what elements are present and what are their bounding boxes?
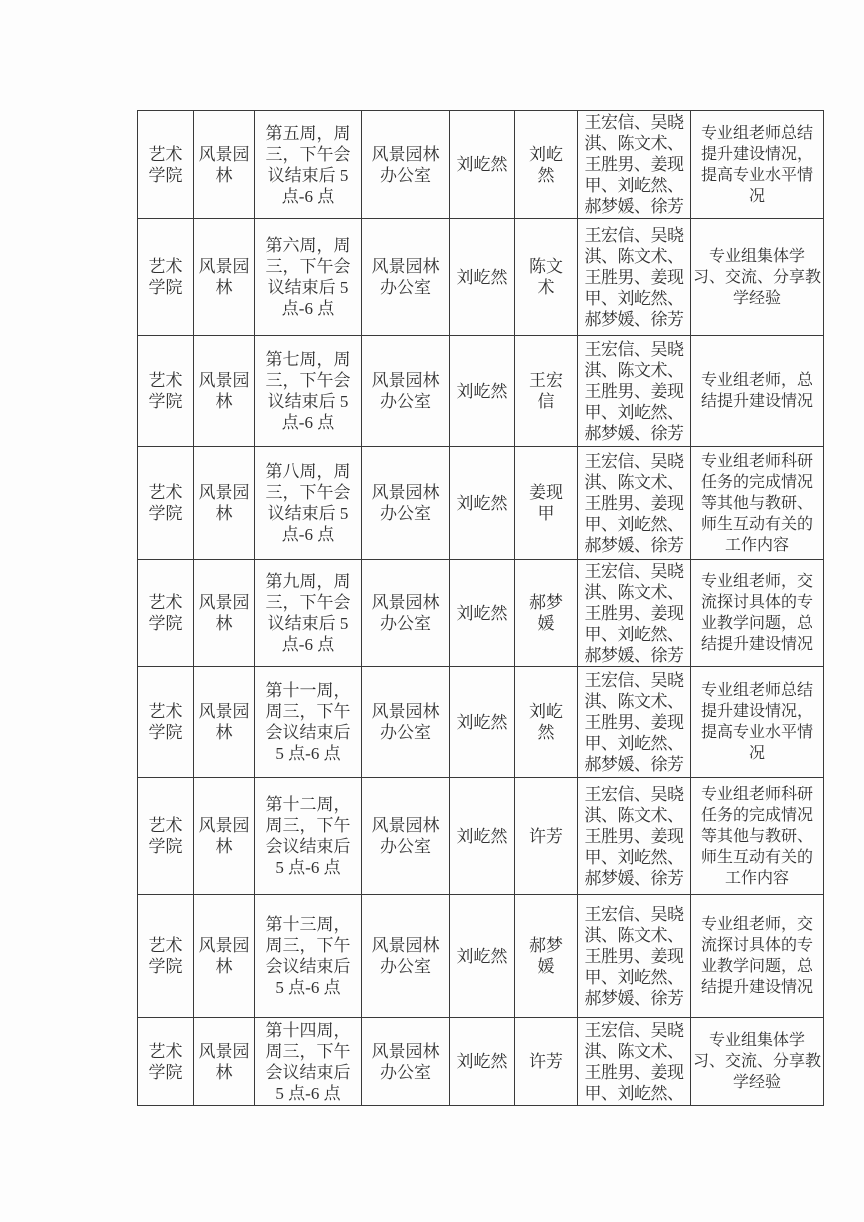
cell-time: 第十一周， 周三，下午 会议结束后 5 点-6 点 — [255, 667, 362, 778]
cell-presenter: 陈文 术 — [515, 219, 578, 336]
cell-participants: 王宏信、吴晓 淇、陈文术、 王胜男、姜现 甲、刘屹然、 郝梦媛、徐芳 — [578, 778, 691, 895]
cell-participants: 王宏信、吴晓 淇、陈文术、 王胜男、姜现 甲、刘屹然、 郝梦媛、徐芳 — [578, 111, 691, 219]
table-row: 艺术 学院 风景园 林 第八周，周 三，下午会 议结束后 5 点-6 点 风景园… — [138, 447, 824, 560]
cell-college: 艺术 学院 — [138, 560, 194, 667]
cell-college: 艺术 学院 — [138, 336, 194, 447]
cell-time: 第六周，周 三，下午会 议结束后 5 点-6 点 — [255, 219, 362, 336]
cell-presenter: 刘屹 然 — [515, 111, 578, 219]
cell-major: 风景园 林 — [194, 778, 255, 895]
cell-college: 艺术 学院 — [138, 778, 194, 895]
cell-location: 风景园林 办公室 — [362, 1018, 450, 1106]
cell-major: 风景园 林 — [194, 895, 255, 1018]
cell-time: 第十二周， 周三，下午 会议结束后 5 点-6 点 — [255, 778, 362, 895]
cell-location: 风景园林 办公室 — [362, 111, 450, 219]
cell-location: 风景园林 办公室 — [362, 336, 450, 447]
cell-presenter: 许芳 — [515, 1018, 578, 1106]
cell-summary: 专业组老师，交 流探讨具体的专 业教学问题，总 结提升建设情况 — [691, 560, 824, 667]
cell-presenter: 姜现 甲 — [515, 447, 578, 560]
table-row: 艺术 学院 风景园 林 第十二周， 周三，下午 会议结束后 5 点-6 点 风景… — [138, 778, 824, 895]
cell-summary: 专业组老师，交 流探讨具体的专 业教学问题，总 结提升建设情况 — [691, 895, 824, 1018]
cell-participants: 王宏信、吴晓 淇、陈文术、 王胜男、姜现 甲、刘屹然、 郝梦媛、徐芳 — [578, 560, 691, 667]
cell-participants: 王宏信、吴晓 淇、陈文术、 王胜男、姜现 甲、刘屹然、 郝梦媛、徐芳 — [578, 219, 691, 336]
cell-participants: 王宏信、吴晓 淇、陈文术、 王胜男、姜现 甲、刘屹然、 郝梦媛、徐芳 — [578, 667, 691, 778]
document-page: 艺术 学院 风景园 林 第五周，周 三，下午会 议结束后 5 点-6 点 风景园… — [0, 0, 864, 1222]
cell-college: 艺术 学院 — [138, 667, 194, 778]
table-row: 艺术 学院 风景园 林 第十一周， 周三，下午 会议结束后 5 点-6 点 风景… — [138, 667, 824, 778]
cell-time: 第八周，周 三，下午会 议结束后 5 点-6 点 — [255, 447, 362, 560]
cell-summary: 专业组集体学 习、交流、分享教 学经验 — [691, 1018, 824, 1106]
table-row: 艺术 学院 风景园 林 第九周，周 三，下午会 议结束后 5 点-6 点 风景园… — [138, 560, 824, 667]
cell-major: 风景园 林 — [194, 447, 255, 560]
cell-host: 刘屹然 — [450, 560, 515, 667]
cell-time: 第十四周， 周三，下午 会议结束后 5 点-6 点 — [255, 1018, 362, 1106]
cell-summary: 专业组老师科研 任务的完成情况 等其他与教研、 师生互动有关的 工作内容 — [691, 447, 824, 560]
table-row: 艺术 学院 风景园 林 第五周，周 三，下午会 议结束后 5 点-6 点 风景园… — [138, 111, 824, 219]
cell-participants: 王宏信、吴晓 淇、陈文术、 王胜男、姜现 甲、刘屹然、 郝梦媛、徐芳 — [578, 336, 691, 447]
cell-location: 风景园林 办公室 — [362, 219, 450, 336]
cell-host: 刘屹然 — [450, 667, 515, 778]
schedule-table: 艺术 学院 风景园 林 第五周，周 三，下午会 议结束后 5 点-6 点 风景园… — [137, 110, 824, 1106]
cell-host: 刘屹然 — [450, 778, 515, 895]
cell-location: 风景园林 办公室 — [362, 667, 450, 778]
cell-time: 第七周，周 三，下午会 议结束后 5 点-6 点 — [255, 336, 362, 447]
cell-presenter: 许芳 — [515, 778, 578, 895]
cell-presenter: 王宏 信 — [515, 336, 578, 447]
cell-participants: 王宏信、吴晓 淇、陈文术、 王胜男、姜现 甲、刘屹然、 郝梦媛、徐芳 — [578, 895, 691, 1018]
cell-major: 风景园 林 — [194, 336, 255, 447]
cell-major: 风景园 林 — [194, 667, 255, 778]
cell-host: 刘屹然 — [450, 219, 515, 336]
cell-participants: 王宏信、吴晓 淇、陈文术、 王胜男、姜现 甲、刘屹然、 — [578, 1018, 691, 1106]
cell-college: 艺术 学院 — [138, 447, 194, 560]
table-row: 艺术 学院 风景园 林 第十三周， 周三，下午 会议结束后 5 点-6 点 风景… — [138, 895, 824, 1018]
cell-time: 第十三周， 周三，下午 会议结束后 5 点-6 点 — [255, 895, 362, 1018]
cell-presenter: 郝梦 媛 — [515, 895, 578, 1018]
table-row: 艺术 学院 风景园 林 第六周，周 三，下午会 议结束后 5 点-6 点 风景园… — [138, 219, 824, 336]
cell-major: 风景园 林 — [194, 1018, 255, 1106]
cell-host: 刘屹然 — [450, 895, 515, 1018]
cell-location: 风景园林 办公室 — [362, 895, 450, 1018]
table-row: 艺术 学院 风景园 林 第七周，周 三，下午会 议结束后 5 点-6 点 风景园… — [138, 336, 824, 447]
cell-summary: 专业组老师总结 提升建设情况， 提高专业水平情 况 — [691, 111, 824, 219]
cell-host: 刘屹然 — [450, 111, 515, 219]
cell-location: 风景园林 办公室 — [362, 447, 450, 560]
table-row: 艺术 学院 风景园 林 第十四周， 周三，下午 会议结束后 5 点-6 点 风景… — [138, 1018, 824, 1106]
cell-location: 风景园林 办公室 — [362, 778, 450, 895]
cell-college: 艺术 学院 — [138, 219, 194, 336]
cell-major: 风景园 林 — [194, 219, 255, 336]
cell-summary: 专业组老师科研 任务的完成情况 等其他与教研、 师生互动有关的 工作内容 — [691, 778, 824, 895]
cell-presenter: 郝梦 媛 — [515, 560, 578, 667]
cell-host: 刘屹然 — [450, 447, 515, 560]
cell-host: 刘屹然 — [450, 336, 515, 447]
cell-summary: 专业组老师总结 提升建设情况， 提高专业水平情 况 — [691, 667, 824, 778]
cell-presenter: 刘屹 然 — [515, 667, 578, 778]
cell-location: 风景园林 办公室 — [362, 560, 450, 667]
cell-time: 第五周，周 三，下午会 议结束后 5 点-6 点 — [255, 111, 362, 219]
cell-college: 艺术 学院 — [138, 111, 194, 219]
cell-college: 艺术 学院 — [138, 895, 194, 1018]
cell-major: 风景园 林 — [194, 111, 255, 219]
cell-summary: 专业组集体学 习、交流、分享教 学经验 — [691, 219, 824, 336]
cell-college: 艺术 学院 — [138, 1018, 194, 1106]
cell-major: 风景园 林 — [194, 560, 255, 667]
cell-summary: 专业组老师，总 结提升建设情况 — [691, 336, 824, 447]
cell-participants: 王宏信、吴晓 淇、陈文术、 王胜男、姜现 甲、刘屹然、 郝梦媛、徐芳 — [578, 447, 691, 560]
cell-host: 刘屹然 — [450, 1018, 515, 1106]
cell-time: 第九周，周 三，下午会 议结束后 5 点-6 点 — [255, 560, 362, 667]
